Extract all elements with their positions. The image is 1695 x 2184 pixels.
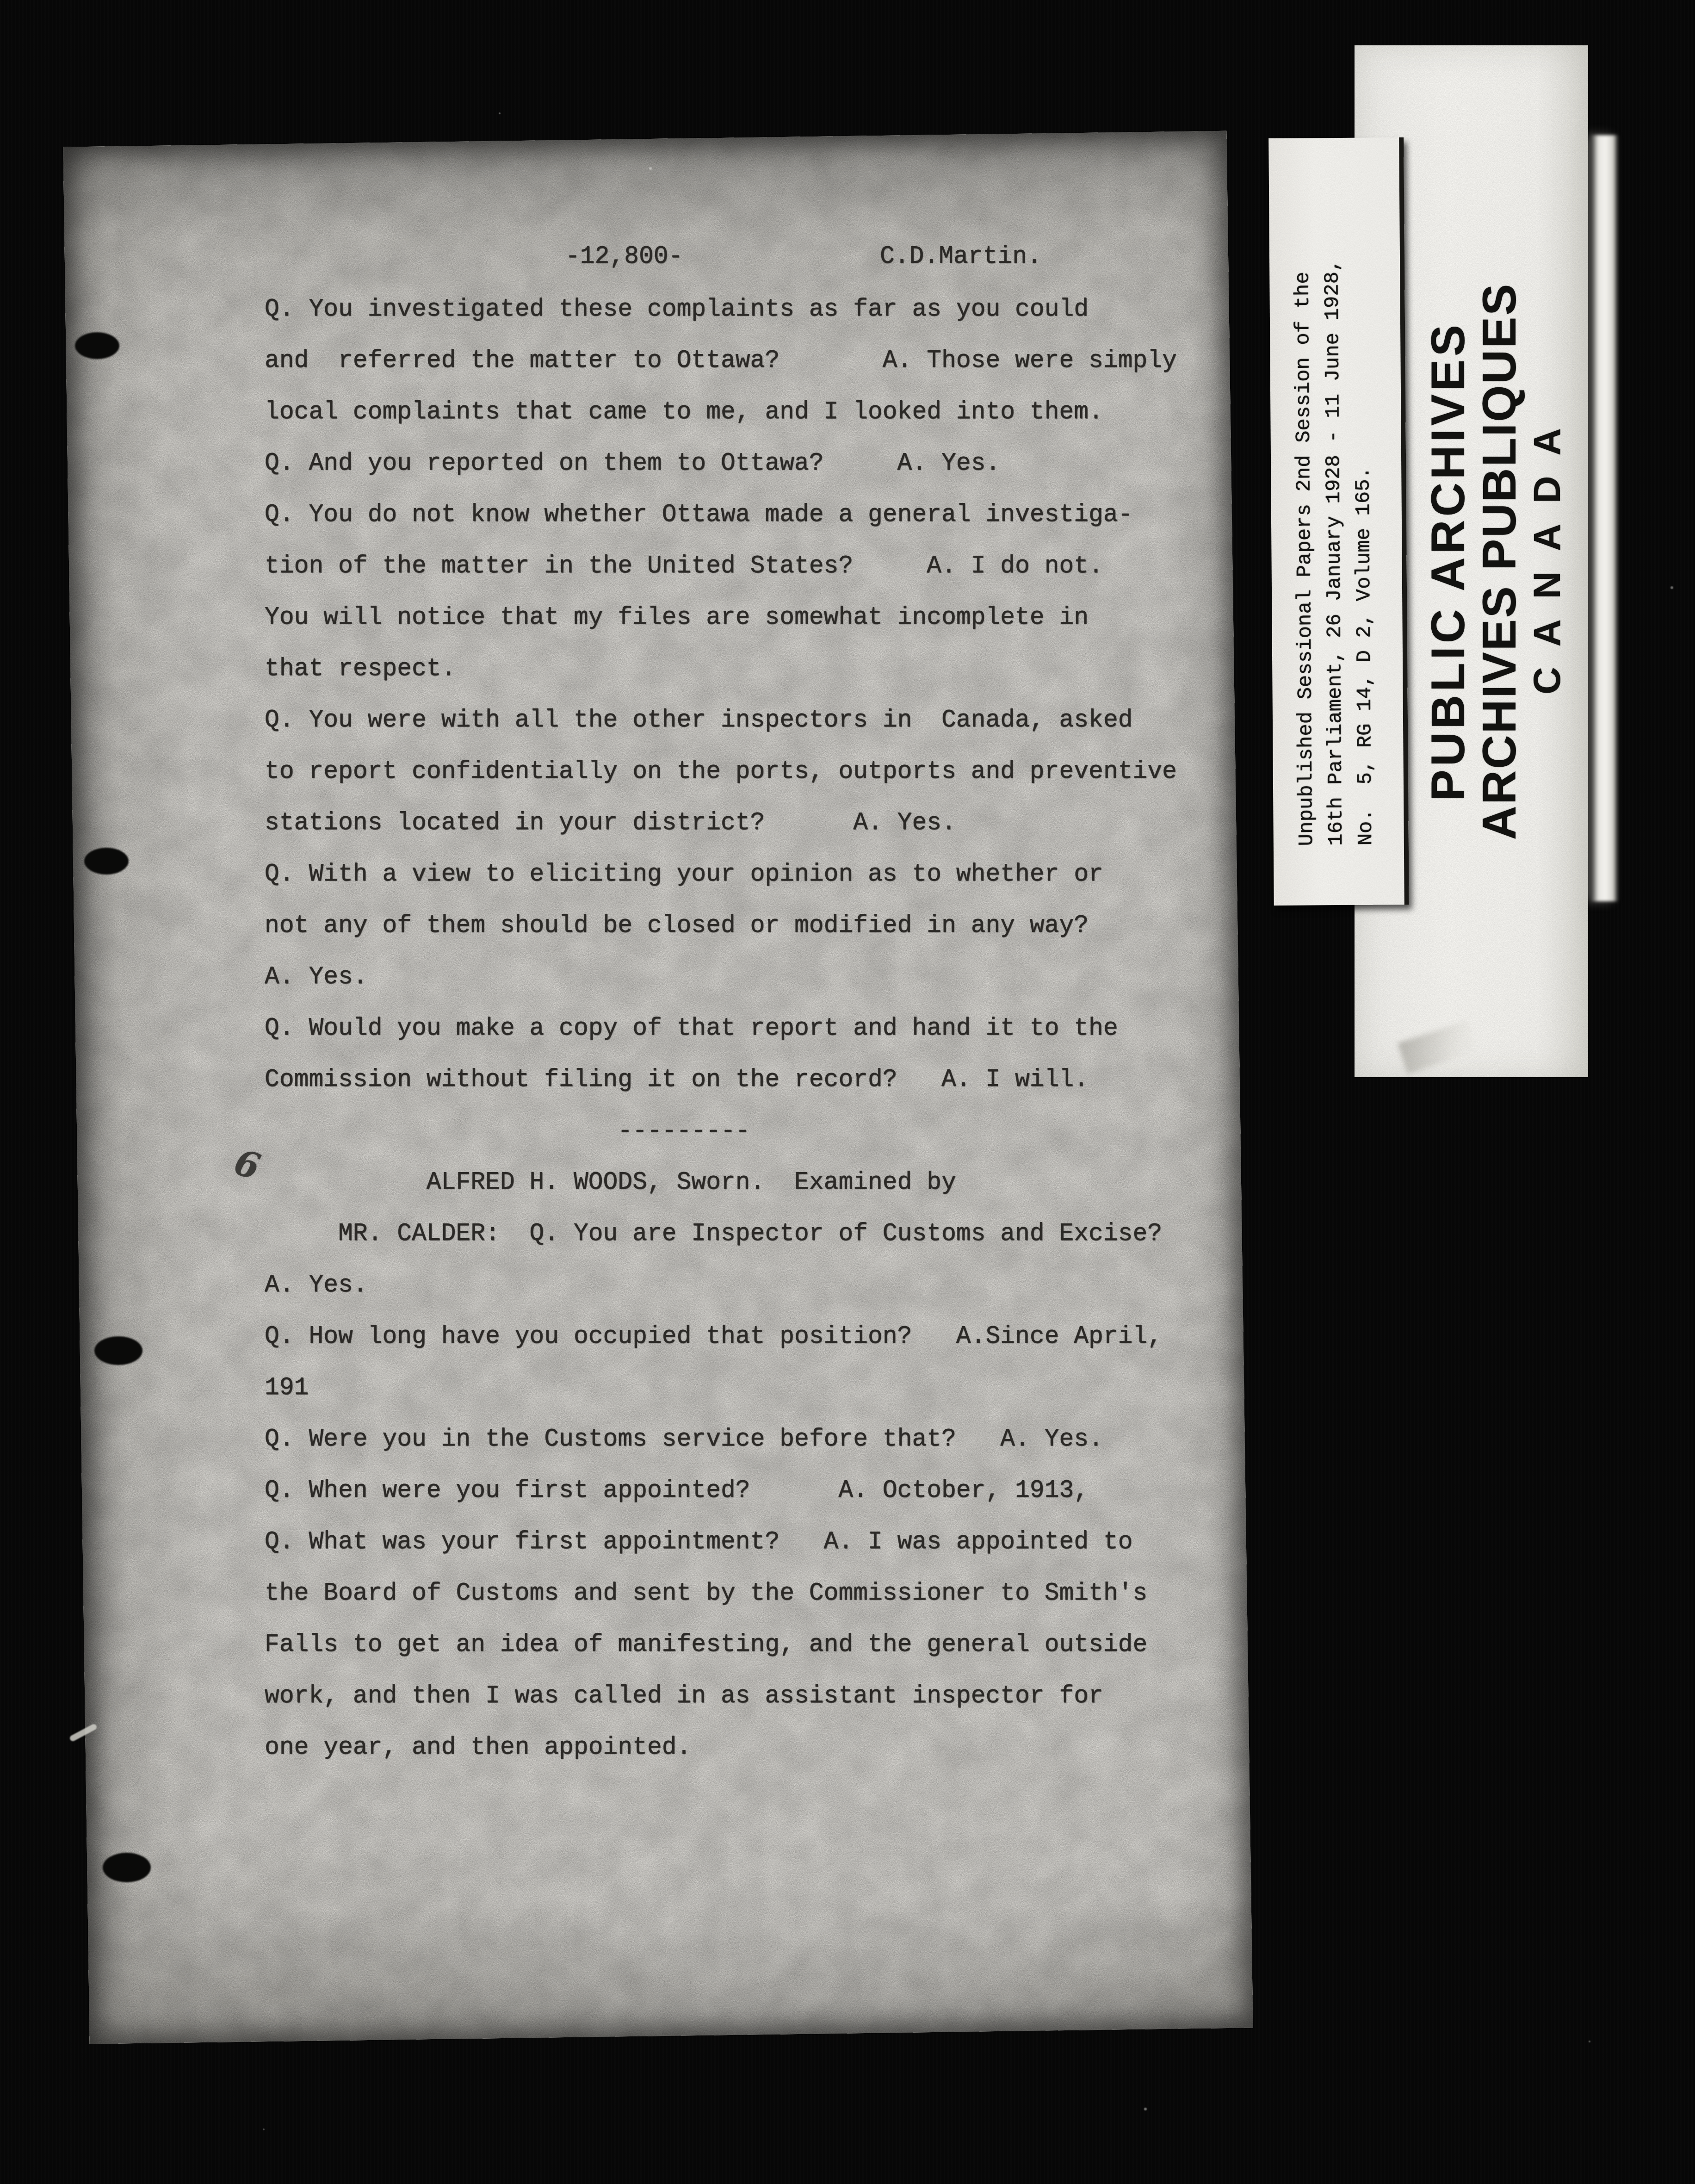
- archive-reference-label: Unpublished Sessional Papers 2nd Session…: [1268, 137, 1409, 906]
- label-line-1: Unpublished Sessional Papers 2nd Session…: [1287, 138, 1322, 846]
- punch-hole-1: [75, 332, 119, 359]
- punch-hole-2: [84, 848, 129, 875]
- label-line-2: 16th Parliament, 26 January 1928 - 11 Ju…: [1317, 138, 1351, 846]
- archive-stamp-line-fr: ARCHIVES PUBLIQUES: [1474, 45, 1525, 1077]
- film-dust-specks: [0, 0, 2, 2]
- document-page: [63, 131, 1253, 2044]
- archive-reference-text: Unpublished Sessional Papers 2nd Session…: [1268, 137, 1404, 901]
- label-line-3: No. 5, RG 14, D 2, Volume 165.: [1346, 137, 1381, 845]
- archive-stamp-line-canada: CANADA: [1525, 45, 1570, 1077]
- microfilm-frame: -12,800- C.D.Martin. Q. You investigated…: [0, 0, 1695, 2184]
- page-grain-coarse: [63, 131, 1253, 2044]
- film-edge-strip: [1590, 135, 1618, 901]
- page-grain-fine: [63, 131, 1253, 2044]
- archive-stamp-line-en: PUBLIC ARCHIVES: [1422, 45, 1474, 1077]
- punch-hole-4: [103, 1853, 151, 1882]
- punch-hole-3: [94, 1336, 142, 1365]
